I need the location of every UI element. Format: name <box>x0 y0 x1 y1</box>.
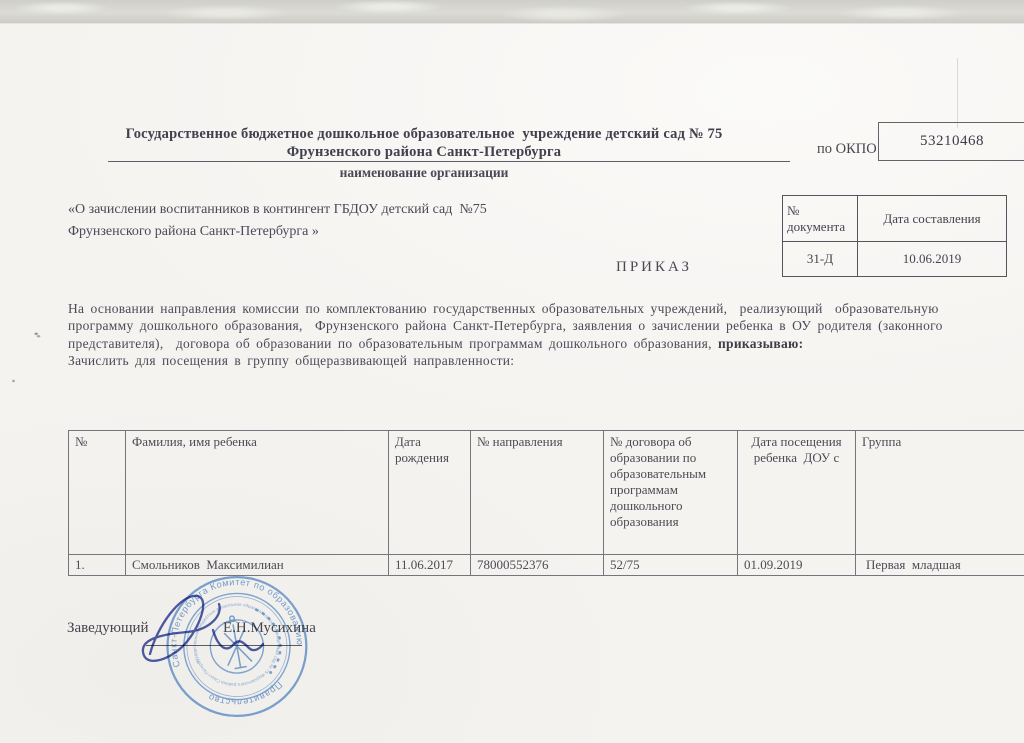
header-birth-date: Дата рождения <box>389 431 471 555</box>
header-number: № <box>69 431 126 555</box>
body-line3-regular: представителя), договора об образовании … <box>68 336 718 351</box>
doc-number-value: 31-Д <box>783 242 858 277</box>
roster-table: № Фамилия, имя ребенка Дата рождения № н… <box>68 430 1024 576</box>
cell-referral-number: 78000552376 <box>471 555 604 576</box>
okpo-code-box: 53210468 <box>878 122 1024 161</box>
cell-attendance-date: 01.09.2019 <box>738 555 856 576</box>
cell-group: Первая младшая <box>856 555 1024 576</box>
roster-row-1: 1. Смольников Максимилиан 11.06.2017 780… <box>69 555 1024 576</box>
cell-contract-number: 52/75 <box>604 555 738 576</box>
doc-meta-value-row: 31-Д 10.06.2019 <box>783 242 1007 277</box>
order-subject-line1: «О зачислении воспитанников в контингент… <box>68 199 487 221</box>
header-referral-number: № направления <box>471 431 604 555</box>
org-name-underline <box>108 161 790 162</box>
org-name-line1: Государственное бюджетное дошкольное обр… <box>100 125 748 143</box>
order-subject-line2: Фрунзенского района Санкт-Петербурга » <box>68 221 487 243</box>
body-line2: программу дошкольного образования, Фрунз… <box>68 317 943 334</box>
header-child-name: Фамилия, имя ребенка <box>126 431 389 555</box>
scanner-edge-band <box>0 0 1024 24</box>
handwritten-signature <box>125 582 315 682</box>
order-body: На основании направления комиссии по ком… <box>68 300 943 370</box>
doc-meta-table: № документа Дата составления 31-Д 10.06.… <box>782 195 1007 277</box>
header-group: Группа <box>856 431 1024 555</box>
body-line4: Зачислить для посещения в группу общераз… <box>68 352 943 369</box>
scan-crease <box>957 58 958 128</box>
body-line3-bold: приказываю: <box>718 336 804 351</box>
header-contract-number: № договора об образовании по образовател… <box>604 431 738 555</box>
doc-date-header: Дата составления <box>858 196 1007 242</box>
scan-artifact <box>33 331 41 338</box>
okpo-label: по ОКПО <box>817 141 877 158</box>
doc-date-value: 10.06.2019 <box>858 242 1007 277</box>
org-name-caption: наименование организации <box>100 165 748 181</box>
header-attendance-date: Дата посещения ребенка ДОУ с <box>738 431 856 555</box>
doc-meta-header-row: № документа Дата составления <box>783 196 1007 242</box>
scanned-document-page: Государственное бюджетное дошкольное обр… <box>0 0 1024 743</box>
body-line1: На основании направления комиссии по ком… <box>68 300 943 317</box>
roster-header-row: № Фамилия, имя ребенка Дата рождения № н… <box>69 431 1024 555</box>
order-title: ПРИКАЗ <box>616 259 692 276</box>
org-name-line2: Фрунзенского района Санкт-Петербурга <box>100 143 748 161</box>
scan-artifact <box>11 379 16 383</box>
order-subject: «О зачислении воспитанников в контингент… <box>68 199 487 243</box>
body-line3: представителя), договора об образовании … <box>68 335 943 352</box>
cell-number: 1. <box>69 555 126 576</box>
cell-birth-date: 11.06.2017 <box>389 555 471 576</box>
doc-number-header: № документа <box>783 196 858 242</box>
